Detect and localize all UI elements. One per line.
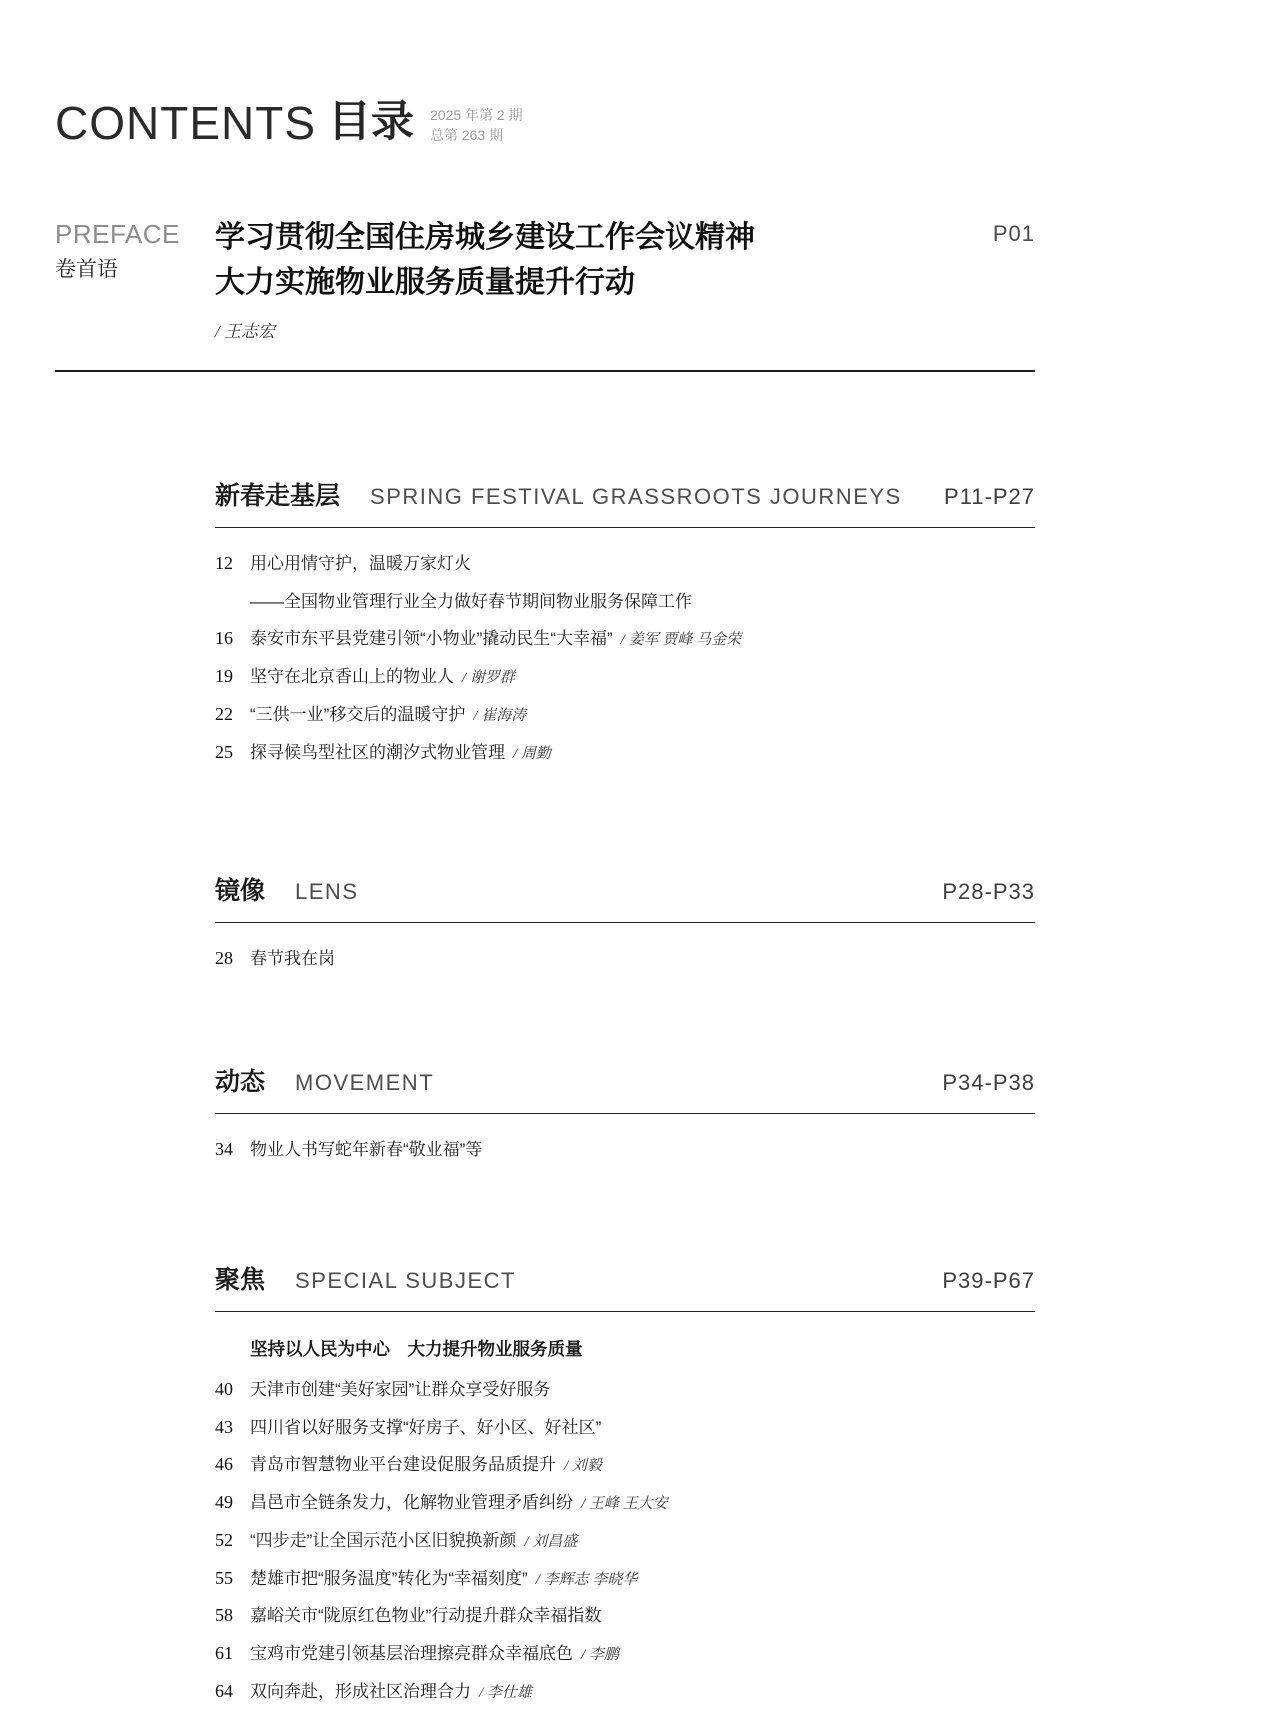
section-special-subject: 聚焦 SPECIAL SUBJECT P39-P67 坚持以人民为中心 大力提升…: [215, 1260, 1035, 1702]
entry-title: 双向奔赴，形成社区治理合力: [250, 1681, 471, 1702]
entry-title: 楚雄市把“服务温度”转化为“幸福刻度”: [250, 1568, 528, 1589]
entry-page-number: 64: [215, 1680, 250, 1703]
issue-info: 2025 年第 2 期 总第 263 期: [430, 105, 523, 146]
entry-page-number: 46: [215, 1453, 250, 1476]
entry-author: / 李辉志 李晓华: [536, 1571, 638, 1590]
section-page-range: P39-P67: [942, 1268, 1035, 1294]
entry-page-number: 61: [215, 1642, 250, 1665]
preface-title-line1: 学习贯彻全国住房城乡建设工作会议精神: [215, 215, 975, 260]
section-header: 动态 MOVEMENT P34-P38: [215, 1062, 1035, 1098]
section-divider: [215, 1113, 1035, 1114]
entry-page-number: 55: [215, 1567, 250, 1590]
entry-title: 用心用情守护，温暖万家灯火: [250, 553, 471, 574]
toc-entry: 55 楚雄市把“服务温度”转化为“幸福刻度” / 李辉志 李晓华: [215, 1567, 1035, 1590]
entry-author: / 姜军 贾峰 马金荣: [621, 631, 741, 650]
section-page-range: P34-P38: [942, 1070, 1035, 1096]
entry-page-number: 22: [215, 703, 250, 726]
entry-page-number: 43: [215, 1416, 250, 1439]
entry-subtitle: ——全国物业管理行业全力做好春节期间物业服务保障工作: [250, 589, 1035, 612]
section-divider: [215, 1311, 1035, 1312]
toc-entry: 16 泰安市东平县党建引领“小物业”撬动民生“大幸福” / 姜军 贾峰 马金荣: [215, 627, 1035, 650]
section-spring-festival: 新春走基层 SPRING FESTIVAL GRASSROOTS JOURNEY…: [215, 476, 1035, 764]
section-lens: 镜像 LENS P28-P33 28 春节我在岗: [215, 871, 1035, 970]
toc-entry: 12 用心用情守护，温暖万家灯火: [215, 552, 1035, 575]
preface-label-cn: 卷首语: [55, 253, 215, 283]
preface-label-en: PREFACE: [55, 219, 215, 250]
section-page-range: P11-P27: [944, 484, 1035, 510]
preface-title-line2: 大力实施物业服务质量提升行动: [215, 260, 975, 305]
section-divider: [215, 527, 1035, 528]
toc-entry: 28 春节我在岗: [215, 947, 1035, 970]
entry-title: 嘉峪关市“陇原红色物业”行动提升群众幸福指数: [250, 1605, 601, 1626]
entry-page-number: 16: [215, 627, 250, 650]
entry-title: 天津市创建“美好家园”让群众享受好服务: [250, 1379, 550, 1400]
entry-title: 坚守在北京香山上的物业人: [250, 666, 454, 687]
section-title-en: SPECIAL SUBJECT: [295, 1268, 516, 1294]
section-divider: [215, 922, 1035, 923]
issue-total: 总第 263 期: [430, 125, 523, 145]
issue-number: 2025 年第 2 期: [430, 105, 523, 125]
entry-page-number: 12: [215, 552, 250, 575]
section-title-en: MOVEMENT: [295, 1070, 434, 1096]
entry-author: / 王峰 王大安: [581, 1495, 668, 1514]
toc-entry: 43 四川省以好服务支撑“好房子、好小区、好社区”: [215, 1416, 1035, 1439]
page-header: CONTENTS 目录 2025 年第 2 期 总第 263 期: [55, 98, 1035, 149]
toc-entry: 61 宝鸡市党建引领基层治理擦亮群众幸福底色 / 李鹏: [215, 1642, 1035, 1665]
entry-title: 青岛市智慧物业平台建设促服务品质提升: [250, 1454, 556, 1475]
section-movement: 动态 MOVEMENT P34-P38 34 物业人书写蛇年新春“敬业福”等: [215, 1062, 1035, 1161]
section-page-range: P28-P33: [942, 879, 1035, 905]
section-items: 坚持以人民为中心 大力提升物业服务质量 40 天津市创建“美好家园”让群众享受好…: [215, 1336, 1035, 1702]
entry-page-number: 25: [215, 741, 250, 764]
entry-author: / 刘毅: [564, 1457, 602, 1476]
toc-entry: 19 坚守在北京香山上的物业人 / 谢罗群: [215, 665, 1035, 688]
section-title-cn: 动态: [215, 1062, 265, 1098]
preface-title: 学习贯彻全国住房城乡建设工作会议精神 大力实施物业服务质量提升行动: [215, 215, 975, 305]
section-title-cn: 新春走基层: [215, 476, 340, 512]
preface-page-number: P01: [993, 215, 1035, 342]
toc-entry: 34 物业人书写蛇年新春“敬业福”等: [215, 1138, 1035, 1161]
toc-entry: 25 探寻候鸟型社区的潮汐式物业管理 / 周勤: [215, 741, 1035, 764]
toc-entry: 49 昌邑市全链条发力，化解物业管理矛盾纠纷 / 王峰 王大安: [215, 1491, 1035, 1514]
section-items: 34 物业人书写蛇年新春“敬业福”等: [215, 1138, 1035, 1161]
entry-title: 泰安市东平县党建引领“小物业”撬动民生“大幸福”: [250, 628, 613, 649]
entry-author: / 崔海涛: [473, 707, 526, 726]
entry-title: 昌邑市全链条发力，化解物业管理矛盾纠纷: [250, 1492, 573, 1513]
toc-entry: 64 双向奔赴，形成社区治理合力 / 李仕雄: [215, 1680, 1035, 1703]
toc-entry: 52 “四步走”让全国示范小区旧貌换新颜 / 刘昌盛: [215, 1529, 1035, 1552]
contents-page: CONTENTS 目录 2025 年第 2 期 总第 263 期 PREFACE…: [0, 0, 1268, 1734]
section-header: 聚焦 SPECIAL SUBJECT P39-P67: [215, 1260, 1035, 1296]
toc-entry: 46 青岛市智慧物业平台建设促服务品质提升 / 刘毅: [215, 1453, 1035, 1476]
entry-page-number: 52: [215, 1529, 250, 1552]
entry-author: / 周勤: [513, 745, 551, 764]
entry-page-number: 49: [215, 1491, 250, 1514]
entry-title: 探寻候鸟型社区的潮汐式物业管理: [250, 742, 505, 763]
section-items: 28 春节我在岗: [215, 947, 1035, 970]
preface-author: / 王志宏: [215, 317, 975, 342]
entry-title: 物业人书写蛇年新春“敬业福”等: [250, 1139, 482, 1160]
section-items: 12 用心用情守护，温暖万家灯火 ——全国物业管理行业全力做好春节期间物业服务保…: [215, 552, 1035, 764]
entry-title: “三供一业”移交后的温暖守护: [250, 704, 465, 725]
section-title-en: LENS: [295, 879, 358, 905]
entry-page-number: 28: [215, 947, 250, 970]
preface-divider: [55, 370, 1035, 372]
preface-block: PREFACE 卷首语 学习贯彻全国住房城乡建设工作会议精神 大力实施物业服务质…: [55, 215, 1035, 342]
entry-page-number: 58: [215, 1604, 250, 1627]
section-title-cn: 聚焦: [215, 1260, 265, 1296]
section-header: 镜像 LENS P28-P33: [215, 871, 1035, 907]
entry-title: 宝鸡市党建引领基层治理擦亮群众幸福底色: [250, 1643, 573, 1664]
section-header: 新春走基层 SPRING FESTIVAL GRASSROOTS JOURNEY…: [215, 476, 1035, 512]
entry-title: 春节我在岗: [250, 948, 335, 969]
entry-page-number: 40: [215, 1378, 250, 1401]
preface-main: 学习贯彻全国住房城乡建设工作会议精神 大力实施物业服务质量提升行动 / 王志宏: [215, 215, 975, 342]
entry-author: / 李鹏: [581, 1646, 619, 1665]
contents-title-en: CONTENTS: [55, 98, 316, 149]
toc-entry: 22 “三供一业”移交后的温暖守护 / 崔海涛: [215, 703, 1035, 726]
entry-title: 四川省以好服务支撑“好房子、好小区、好社区”: [250, 1417, 601, 1438]
entry-page-number: 34: [215, 1138, 250, 1161]
special-subject-heading: 坚持以人民为中心 大力提升物业服务质量: [250, 1336, 1035, 1361]
toc-entry: 58 嘉峪关市“陇原红色物业”行动提升群众幸福指数: [215, 1604, 1035, 1627]
toc-entry: 40 天津市创建“美好家园”让群众享受好服务: [215, 1378, 1035, 1401]
preface-label: PREFACE 卷首语: [55, 215, 215, 342]
entry-title: “四步走”让全国示范小区旧貌换新颜: [250, 1530, 516, 1551]
section-title-cn: 镜像: [215, 871, 265, 907]
entry-page-number: 19: [215, 665, 250, 688]
entry-author: / 谢罗群: [462, 669, 515, 688]
section-title-en: SPRING FESTIVAL GRASSROOTS JOURNEYS: [370, 484, 902, 510]
contents-title-cn: 目录: [328, 98, 414, 147]
entry-author: / 刘昌盛: [524, 1533, 577, 1552]
entry-author: / 李仕雄: [479, 1684, 532, 1703]
